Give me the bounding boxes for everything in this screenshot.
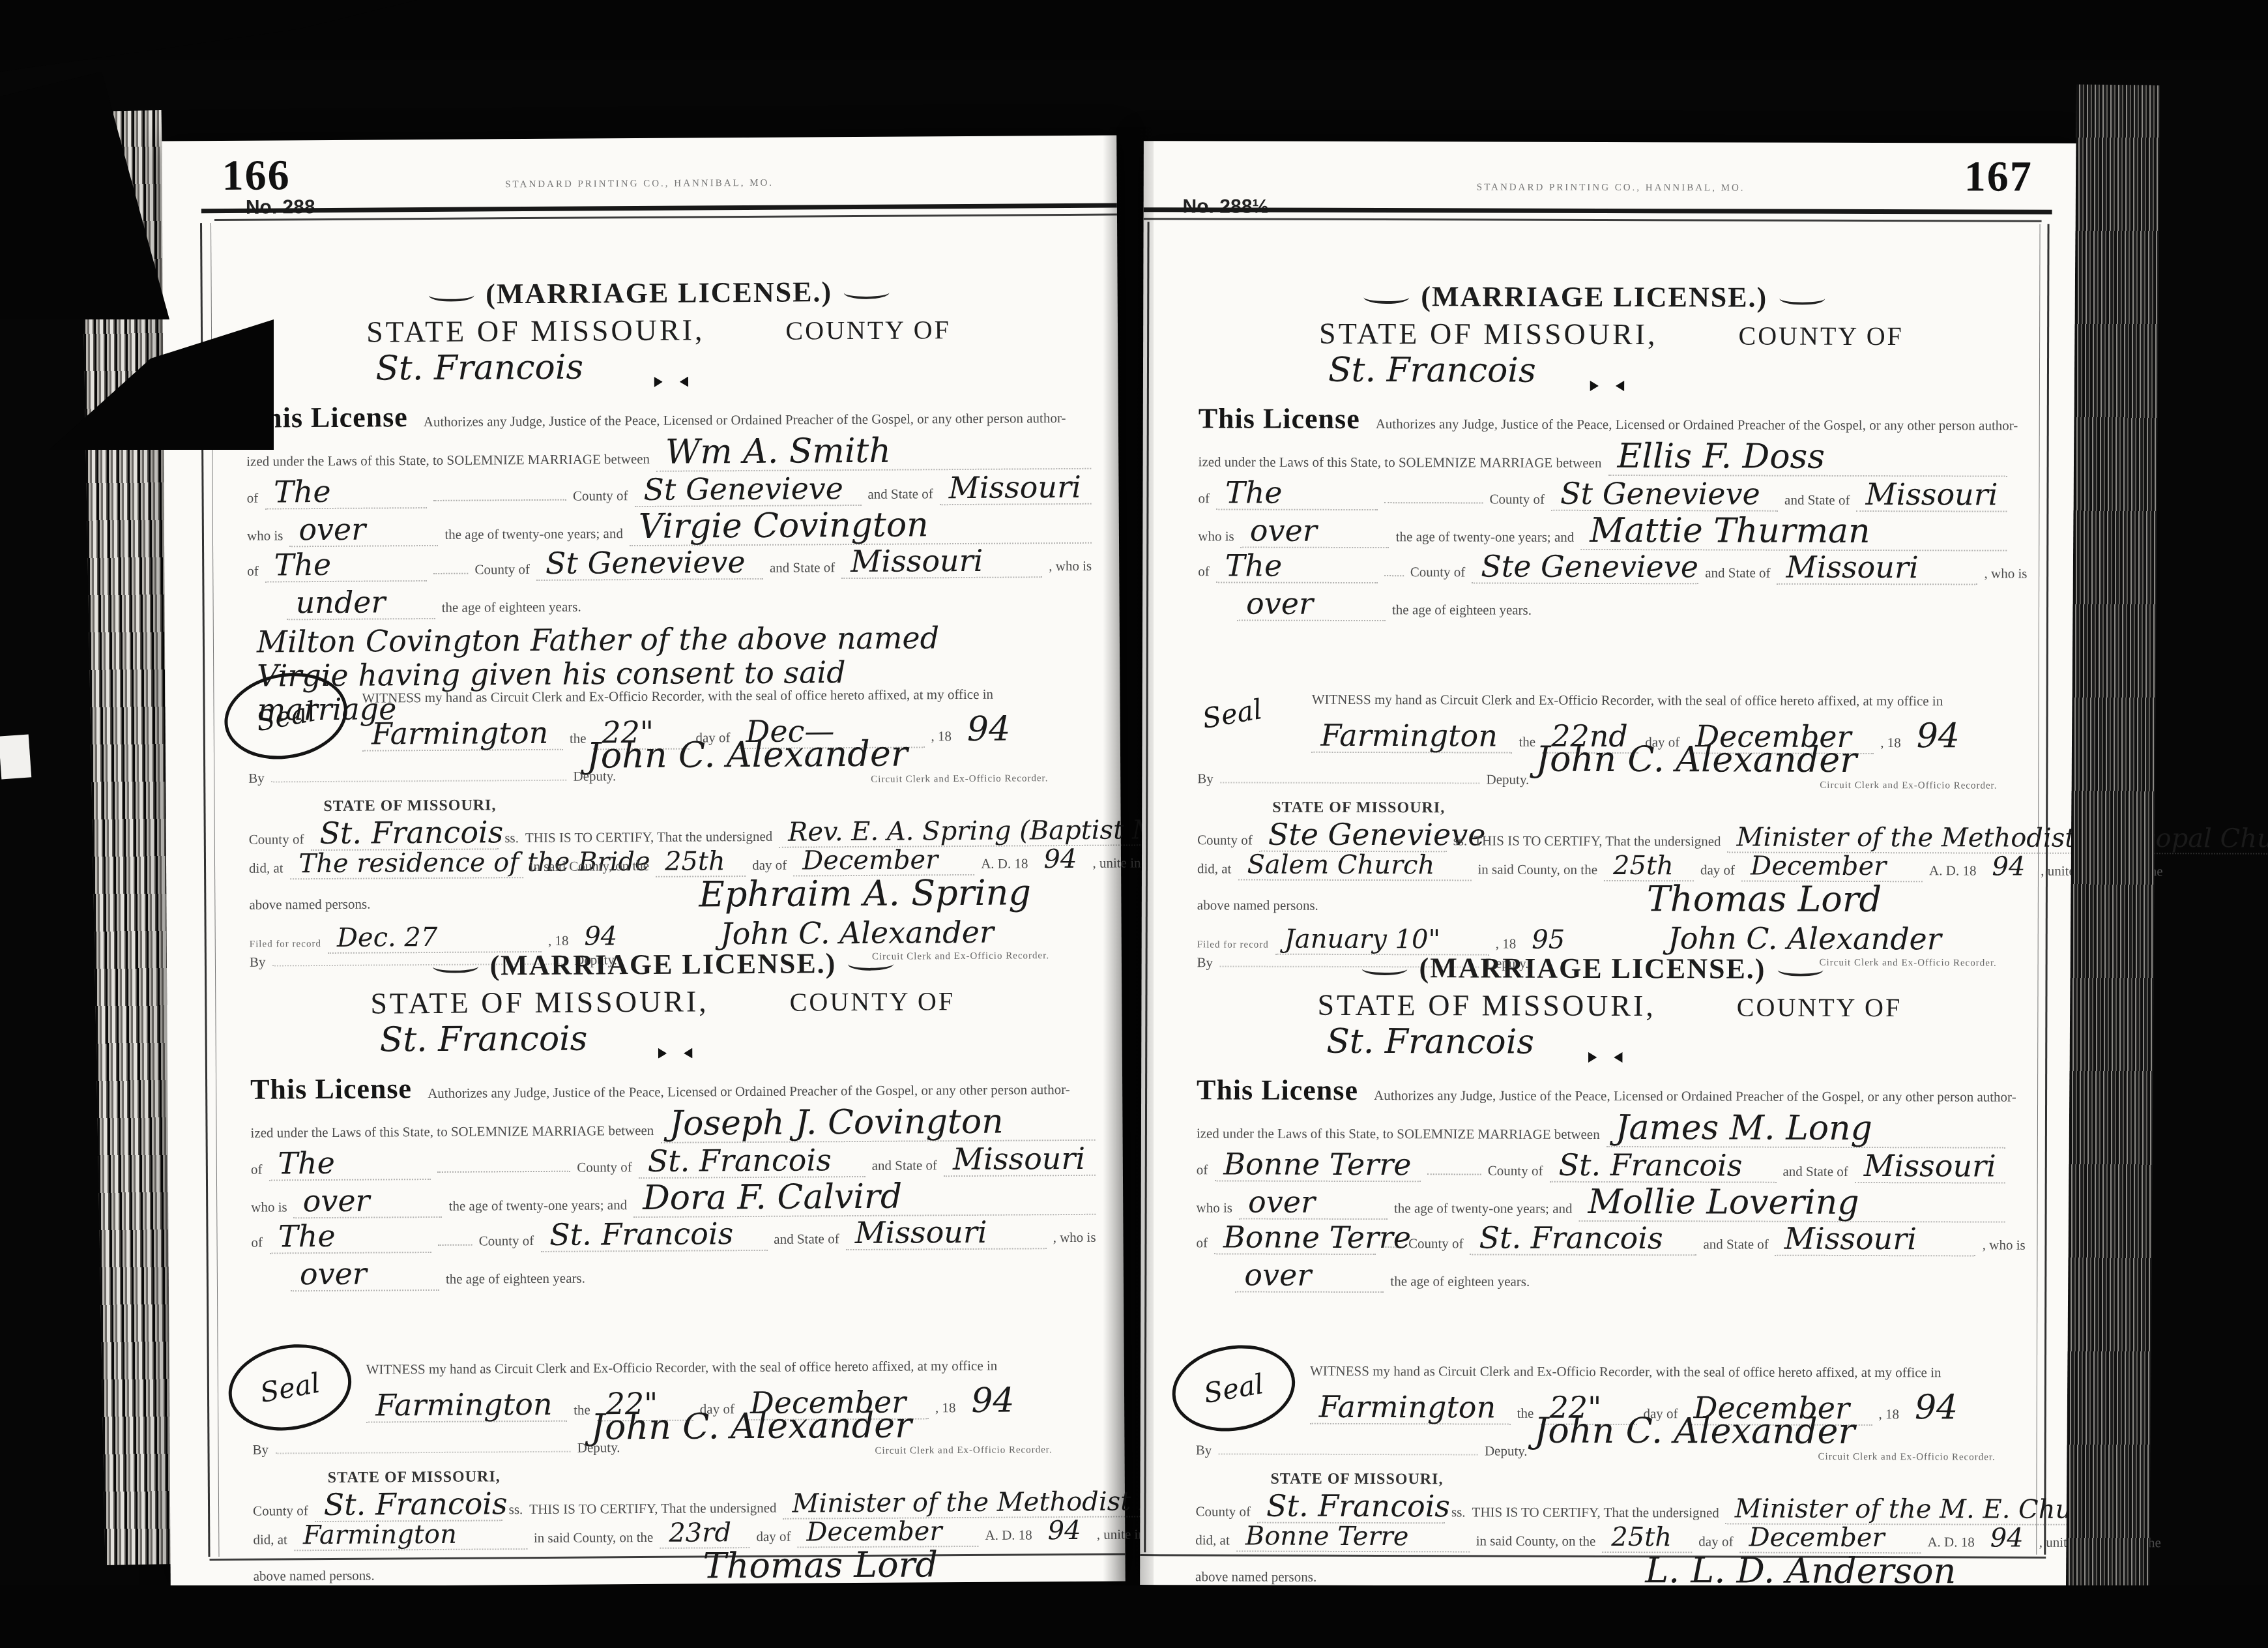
consent-text-2 — [1196, 1332, 1214, 1334]
state-county-line: STATE OF MISSOURI, COUNTY OF St. Francoi… — [366, 310, 1096, 389]
clerk-signature: John C. Alexander — [581, 1407, 921, 1446]
flourish-left — [428, 288, 474, 301]
witness-label: WITNESS my hand as Circuit Clerk and Ex-… — [1312, 693, 1943, 709]
consent-line-2 — [1198, 661, 2007, 664]
certificate-day: 23rd — [660, 1520, 749, 1549]
state-county-line: STATE OF MISSOURI, COUNTY OF St. Francoi… — [1317, 988, 2011, 1063]
top-rule — [201, 203, 1117, 214]
clerk-signature-line: John C. Alexander — [581, 1407, 1097, 1447]
certificate-day: 25th — [1602, 1524, 1692, 1553]
solemnize-line: ized under the Laws of this State, to SO… — [246, 433, 1091, 475]
seal-stamp: Seal — [1165, 1336, 1301, 1441]
bride-residence-line: of Bonne Terre County of St. Francois an… — [1196, 1222, 2005, 1256]
consent-text-2 — [252, 1332, 270, 1334]
clerk-signature: John C. Alexander — [1525, 1413, 1865, 1450]
form-title: (MARRIAGE LICENSE.) — [1161, 950, 2024, 986]
clerk-title-caption: Circuit Clerk and Ex-Officio Recorder. — [1820, 780, 1997, 792]
who-is-label: who is — [247, 529, 283, 542]
certificate-date-line: did, at Farmington in said County, on th… — [253, 1518, 1098, 1552]
groom-county: St. Francois — [1549, 1150, 1776, 1183]
bride-residence-line: of The County of Ste Genevieve and State… — [1198, 550, 2007, 585]
form-title: (MARRIAGE LICENSE.) — [214, 945, 1112, 984]
age-18-label: the age of eighteen years. — [442, 600, 581, 615]
scanned-marriage-record-book: 166 No. 288 STANDARD PRINTING CO., HANNI… — [0, 0, 2268, 1648]
groom-residence-line: of The County of St Genevieve and State … — [1198, 477, 2007, 512]
bride-county: Ste Genevieve — [1472, 551, 1698, 584]
certify-label: THIS IS TO CERTIFY, That the undersigned — [525, 830, 772, 845]
clerk-signature-line: John C. Alexander — [1526, 742, 2006, 780]
above-named-line: above named persons. Thomas Lord — [253, 1546, 1098, 1588]
arrow-right-icon — [1560, 381, 1599, 391]
certificate-county: Ste Genevieve — [1259, 819, 1447, 853]
comma-who-is-label: , who is — [1983, 1239, 2026, 1252]
witness-label: WITNESS my hand as Circuit Clerk and Ex-… — [366, 1359, 998, 1377]
county-handwritten: St. Francois — [1319, 351, 1545, 392]
this-license-label: This License — [1197, 1076, 1358, 1105]
groom-state: Missouri — [940, 472, 1092, 505]
ss-label: ss. — [509, 1503, 523, 1516]
seal-text: Seal — [254, 695, 318, 737]
and-state-of-label: and State of — [1782, 1165, 1848, 1179]
form-title-text: (MARRIAGE LICENSE.) — [489, 947, 836, 981]
certificate-day: 25th — [1604, 853, 1694, 881]
and-state-of-label2: and State of — [1705, 566, 1770, 580]
certificate-year: 94 — [1039, 1518, 1090, 1545]
certificate-county-line: County of St. Francois ss. THIS IS TO CE… — [253, 1485, 1098, 1523]
flourish-left — [432, 960, 478, 973]
certificate-state-line: STATE OF MISSOURI, — [1272, 800, 2006, 817]
and-state-of-label2: and State of — [1704, 1237, 1769, 1251]
above-named-label: above named persons. — [249, 898, 370, 912]
scan-edge-notch — [0, 734, 31, 779]
deputy-label: Deputy. — [1485, 1445, 1528, 1458]
did-at-label: did, at — [253, 1533, 287, 1546]
authorizes-text-1: Authorizes any Judge, Justice of the Pea… — [1376, 417, 2018, 433]
forms-column-right: (MARRIAGE LICENSE.) STATE OF MISSOURI, C… — [1159, 224, 2026, 1587]
who-is-label: who is — [1198, 529, 1234, 543]
authorizes-text-2: ized under the Laws of this State, to SO… — [1199, 455, 1602, 470]
authorizes-text-1: Authorizes any Judge, Justice of the Pea… — [428, 1083, 1070, 1100]
clerk-signature-line: John C. Alexander — [577, 735, 1093, 775]
seal-text: Seal — [257, 1366, 322, 1409]
groom-age-line: who is over the age of twenty-one years;… — [1198, 512, 2007, 551]
by-label: By — [252, 1443, 269, 1457]
ad-18-label: A. D. 18 — [981, 857, 1028, 870]
clerk-title-caption: Circuit Clerk and Ex-Officio Recorder. — [1818, 1452, 1996, 1464]
day-of-label2: day of — [752, 859, 787, 872]
county-handwritten: St. Francois — [370, 1019, 596, 1061]
groom-age-word: over — [1241, 516, 1389, 549]
certificate-state-label: STATE OF MISSOURI, — [1270, 1471, 1443, 1488]
witness-print-line: WITNESS my hand as Circuit Clerk and Ex-… — [1310, 1364, 2005, 1380]
bride-name: Dora F. Calvird — [633, 1179, 1096, 1218]
consent-text-1: Milton Covington Father of the above nam… — [248, 623, 949, 658]
certificate-month: December — [1739, 1525, 1921, 1554]
groom-state: Missouri — [944, 1143, 1096, 1177]
consent-line-1 — [1196, 1299, 2005, 1302]
county-of-small-label2: County of — [479, 1234, 534, 1248]
certificate-county-line: County of St. Francois ss. THIS IS TO CE… — [1195, 1490, 2004, 1525]
and-state-of-label: and State of — [1784, 493, 1850, 507]
groom-name: James M. Long — [1606, 1111, 2005, 1149]
by-deputy-line: By Deputy. — [1196, 1443, 1528, 1458]
witness-place: Farmington — [1310, 1392, 1511, 1425]
of-label2: of — [251, 1236, 263, 1250]
above-named-label: above named persons. — [1195, 1570, 1316, 1583]
county-of-label: COUNTY OF — [785, 315, 951, 346]
by-label: By — [248, 772, 265, 786]
form-title-text: (MARRIAGE LICENSE.) — [1419, 952, 1766, 984]
scan-border-bottom — [0, 1585, 2268, 1648]
who-is-label: who is — [251, 1200, 287, 1214]
who-is-label: who is — [1197, 1201, 1232, 1214]
consent-line-1 — [1198, 627, 2007, 630]
form-title: (MARRIAGE LICENSE.) — [1163, 279, 2026, 314]
license-authorizes-line: This License Authorizes any Judge, Justi… — [246, 399, 1091, 433]
top-rule-r2 — [1144, 218, 2042, 222]
certificate-county-of-label: County of — [1195, 1505, 1251, 1518]
groom-name: Wm A. Smith — [656, 433, 1092, 472]
marriage-license-form: (MARRIAGE LICENSE.) STATE OF MISSOURI, C… — [214, 936, 1117, 1645]
witness-label: WITNESS my hand as Circuit Clerk and Ex-… — [362, 688, 993, 705]
certificate-county-line: County of St. Francois ss. THIS IS TO CE… — [249, 814, 1094, 851]
certificate-date-line: did, at Bonne Terre in said County, on t… — [1195, 1523, 2004, 1553]
arrow-left-icon — [680, 376, 719, 387]
certificate-month: December — [1741, 853, 1923, 883]
bride-residence: Bonne Terre — [1214, 1222, 1376, 1255]
flourish-left — [1362, 962, 1408, 975]
in-said-county-label: in said County, on the — [1477, 862, 1597, 876]
groom-county: St Genevieve — [1551, 478, 1778, 512]
arrow-left-icon — [1616, 381, 1655, 391]
consent-text-1 — [1198, 627, 1216, 628]
groom-age-word: over — [289, 514, 438, 547]
certificate-place: Bonne Terre — [1236, 1523, 1470, 1553]
consent-text-1 — [252, 1299, 270, 1300]
by-label: By — [1196, 1443, 1212, 1457]
certify-label: THIS IS TO CERTIFY, That the undersigned — [1474, 834, 1721, 848]
license-authorizes-line: This License Authorizes any Judge, Justi… — [1197, 1076, 2005, 1106]
officiant-signature: Thomas Lord — [1638, 881, 1891, 919]
age-18-label: the age of eighteen years. — [1392, 603, 1532, 617]
state-county-line: STATE OF MISSOURI, COUNTY OF St. Francoi… — [370, 982, 1100, 1060]
groom-name: Ellis F. Doss — [1608, 439, 2007, 477]
forms-column-left: (MARRIAGE LICENSE.) STATE OF MISSOURI, C… — [209, 219, 1116, 1587]
solemnize-line: ized under the Laws of this State, to SO… — [250, 1104, 1095, 1146]
comma-who-is-label: , who is — [1049, 559, 1092, 573]
flourish-arrows — [624, 376, 719, 387]
above-named-line: above named persons. Ephraim A. Spring — [249, 875, 1094, 917]
of-label2: of — [247, 565, 259, 578]
groom-county: St Genevieve — [634, 473, 861, 507]
county-of-small-label2: County of — [474, 563, 530, 577]
bride-residence-line: of The County of St. Francois and State … — [251, 1216, 1096, 1254]
certificate-year: 94 — [1983, 854, 2034, 881]
bride-county: St. Francois — [1470, 1222, 1697, 1256]
bride-age-word: under — [286, 587, 435, 620]
certify-label: THIS IS TO CERTIFY, That the undersigned — [529, 1501, 776, 1516]
of-label: of — [1197, 1163, 1208, 1177]
license-authorizes-line: This License Authorizes any Judge, Justi… — [250, 1070, 1095, 1104]
certificate-county: St. Francois — [314, 1488, 502, 1522]
above-named-line: above named persons. Thomas Lord — [1197, 880, 2006, 919]
ad-18-label: A. D. 18 — [1929, 864, 1976, 877]
bride-residence: The — [265, 549, 427, 583]
form-title-text: (MARRIAGE LICENSE.) — [1421, 280, 1767, 313]
above-named-label: above named persons. — [1197, 898, 1318, 912]
book-page-167: 167 No. 288½ STANDARD PRINTING CO., HANN… — [1140, 141, 2078, 1587]
by-deputy-line: By Deputy. — [248, 769, 616, 785]
deputy-label: Deputy. — [573, 769, 616, 783]
bride-residence-line: of The County of St Genevieve and State … — [247, 545, 1092, 583]
marriage-license-form: (MARRIAGE LICENSE.) STATE OF MISSOURI, C… — [1159, 941, 2024, 1647]
page-number-left: 166 — [222, 151, 290, 201]
bride-age-line: over the age of eighteen years. — [252, 1254, 1096, 1292]
certificate-state-label: STATE OF MISSOURI, — [328, 1469, 501, 1486]
certificate-day: 25th — [656, 848, 746, 877]
seal-stamp: Seal — [1168, 665, 1297, 762]
consent-text-2 — [1198, 661, 1216, 662]
form-title-text: (MARRIAGE LICENSE.) — [486, 276, 832, 310]
authorizes-text-2: ized under the Laws of this State, to SO… — [1197, 1126, 1600, 1141]
certificate-county: St. Francois — [1257, 1491, 1445, 1524]
state-county-line: STATE OF MISSOURI, COUNTY OF St. Francoi… — [1319, 316, 2013, 392]
bride-name: Mattie Thurman — [1580, 514, 2007, 552]
certificate-county-of-label: County of — [249, 832, 304, 847]
book-gutter-shadow — [1103, 127, 1154, 1587]
in-said-county-label: in said County, on the — [1476, 1534, 1596, 1548]
did-at-label: did, at — [1195, 1533, 1230, 1547]
certificate-state-label: STATE OF MISSOURI, — [1272, 800, 1445, 816]
certificate-officiant: Minister of the M. E. Church — [1726, 1495, 2125, 1525]
certificate-place: The residence of the Bride — [289, 849, 523, 879]
county-of-small-label: County of — [1489, 493, 1545, 507]
marriage-license-form: (MARRIAGE LICENSE.) STATE OF MISSOURI, C… — [209, 265, 1112, 974]
ss-label: ss. — [504, 831, 519, 845]
clerk-signature-line: John C. Alexander — [1525, 1413, 2005, 1451]
officiant-signature: Thomas Lord — [693, 1547, 947, 1585]
consent-text-1 — [1196, 1299, 1214, 1300]
of-label: of — [251, 1163, 263, 1177]
did-at-label: did, at — [1197, 862, 1232, 875]
and-state-of-label: and State of — [867, 487, 933, 501]
certificate-state-line: STATE OF MISSOURI, — [323, 794, 1093, 814]
clerk-title-caption: Circuit Clerk and Ex-Officio Recorder. — [875, 1445, 1052, 1457]
flourish-left — [1363, 291, 1409, 304]
county-of-small-label: County of — [1488, 1164, 1543, 1178]
witness-label: WITNESS my hand as Circuit Clerk and Ex-… — [1310, 1364, 1941, 1380]
and-state-of-label: and State of — [872, 1158, 937, 1173]
arrow-right-icon — [628, 1048, 667, 1059]
groom-residence: The — [269, 1147, 430, 1181]
certificate-county-line: County of Ste Genevieve ss. THIS IS TO C… — [1197, 819, 2006, 853]
printer-imprint-right: STANDARD PRINTING CO., HANNIBAL, MO. — [1144, 181, 2078, 195]
did-at-label: did, at — [249, 861, 283, 875]
witness-print-line: WITNESS my hand as Circuit Clerk and Ex-… — [1312, 693, 2007, 709]
and-state-of-label2: and State of — [774, 1232, 839, 1246]
witness-place: Farmington — [366, 1389, 567, 1423]
age-18-label: the age of eighteen years. — [446, 1272, 585, 1286]
authorizes-text-2: ized under the Laws of this State, to SO… — [246, 452, 650, 469]
age-21-label: the age of twenty-one years; and — [1394, 1201, 1573, 1216]
groom-residence: Bonne Terre — [1214, 1149, 1420, 1182]
flourish-arrows — [1558, 1052, 1653, 1063]
bride-age-line: over the age of eighteen years. — [1196, 1259, 2005, 1294]
age-21-label: the age of twenty-one years; and — [1396, 530, 1575, 544]
certificate-state-line: STATE OF MISSOURI, — [1270, 1471, 2004, 1489]
consent-text-2: Virgie having given his consent to said — [248, 657, 855, 692]
seal-text: Seal — [1201, 1367, 1266, 1409]
deputy-label: Deputy. — [1487, 773, 1530, 787]
witness-place: Farmington — [362, 718, 563, 752]
of-label2: of — [1196, 1236, 1208, 1250]
bride-state: Missouri — [845, 1216, 1046, 1250]
marriage-license-form: (MARRIAGE LICENSE.) STATE OF MISSOURI, C… — [1161, 270, 2026, 976]
ss-label: ss. — [1451, 1505, 1466, 1519]
bride-name: Virgie Covington — [630, 507, 1092, 546]
ad-18-label: A. D. 18 — [985, 1528, 1032, 1542]
deputy-label: Deputy. — [577, 1441, 620, 1454]
groom-county: St. Francois — [639, 1145, 865, 1179]
of-label: of — [247, 492, 259, 505]
clerk-signature: John C. Alexander — [577, 736, 917, 774]
consent-line-2 — [1196, 1332, 2005, 1336]
solemnize-line: ized under the Laws of this State, to SO… — [1197, 1110, 2005, 1148]
top-rule-r — [1144, 207, 2052, 214]
certificate-state-line: STATE OF MISSOURI, — [328, 1465, 1098, 1486]
arrow-right-icon — [624, 377, 663, 387]
bride-state: Missouri — [1777, 552, 1978, 585]
above-named-label: above named persons. — [254, 1569, 375, 1583]
book-fore-edge — [2066, 85, 2160, 1591]
flourish-right — [1777, 964, 1823, 977]
day-of-label2: day of — [1700, 863, 1735, 877]
certificate-state-label: STATE OF MISSOURI, — [323, 797, 496, 814]
comma-who-is-label: , who is — [1984, 567, 2028, 581]
certificate-place: Farmington — [294, 1521, 527, 1551]
printer-imprint-left: STANDARD PRINTING CO., HANNIBAL, MO. — [162, 176, 1117, 193]
seal-text: Seal — [1200, 692, 1264, 734]
bride-state: Missouri — [1775, 1224, 1976, 1257]
authorizes-text-1: Authorizes any Judge, Justice of the Pea… — [424, 411, 1066, 429]
by-deputy-line: By Deputy. — [1197, 772, 1529, 786]
this-license-label: This License — [1199, 404, 1360, 434]
certify-label: THIS IS TO CERTIFY, That the undersigned — [1472, 1505, 1719, 1520]
certificate-year: 94 — [1034, 846, 1086, 874]
age-21-label: the age of twenty-one years; and — [449, 1198, 628, 1213]
certificate-county-of-label: County of — [253, 1504, 308, 1518]
certificate-month: December — [797, 1518, 978, 1548]
certificate-place: Salem Church — [1238, 852, 1471, 881]
book-page-166: 166 No. 288 STANDARD PRINTING CO., HANNI… — [162, 136, 1126, 1587]
consent-line-1: Milton Covington Father of the above nam… — [248, 622, 1092, 658]
state-label: STATE OF MISSOURI, — [366, 313, 705, 348]
groom-age-word: over — [293, 1185, 442, 1218]
above-named-line: above named persons. L. L. D. Anderson — [1195, 1552, 2004, 1590]
flourish-arrows — [1560, 381, 1655, 391]
form-border-right-r — [2044, 224, 2049, 1555]
arrow-left-icon — [1614, 1052, 1653, 1063]
age-18-label: the age of eighteen years. — [1390, 1274, 1530, 1289]
groom-name: Joseph J. Covington — [660, 1104, 1096, 1143]
bride-residence: The — [1216, 550, 1378, 583]
arrow-left-icon — [684, 1048, 723, 1058]
bride-name: Mollie Lovering — [1578, 1185, 2005, 1223]
in-said-county-label: in said County, on the — [534, 1531, 654, 1545]
certificate-date-line: did, at Salem Church in said County, on … — [1197, 851, 2006, 882]
bride-county: St Genevieve — [536, 547, 763, 581]
in-said-county-label: in said County, on the — [529, 859, 649, 874]
comma-who-is-label: , who is — [1053, 1231, 1096, 1244]
county-of-small-label: County of — [573, 489, 628, 503]
license-authorizes-line: This License Authorizes any Judge, Justi… — [1199, 404, 2007, 435]
seal-stamp: Seal — [222, 1334, 358, 1440]
groom-residence-line: of Bonne Terre County of St. Francois an… — [1197, 1149, 2005, 1183]
of-label: of — [1198, 492, 1210, 505]
clerk-signature: John C. Alexander — [1526, 742, 1866, 779]
authorizes-text-2: ized under the Laws of this State, to SO… — [250, 1124, 654, 1140]
consent-line-1 — [252, 1293, 1096, 1300]
state-label: STATE OF MISSOURI, — [1317, 988, 1656, 1022]
witness-place: Farmington — [1311, 720, 1512, 754]
county-of-label: COUNTY OF — [1737, 993, 1902, 1023]
county-of-small-label2: County of — [1408, 1237, 1464, 1250]
ss-label: ss. — [1453, 834, 1468, 847]
form-border-right-r-inner — [2036, 224, 2040, 1555]
county-of-small-label2: County of — [1410, 565, 1466, 579]
groom-state: Missouri — [1856, 479, 2007, 512]
state-label: STATE OF MISSOURI, — [1319, 317, 1658, 351]
witness-print-line: WITNESS my hand as Circuit Clerk and Ex-… — [366, 1359, 1097, 1377]
state-label: STATE OF MISSOURI, — [370, 984, 709, 1020]
this-license-label: This License — [250, 1074, 412, 1104]
and-state-of-label2: and State of — [770, 561, 835, 575]
day-of-label2: day of — [756, 1530, 791, 1544]
bride-age-line: under the age of eighteen years. — [247, 583, 1092, 621]
certificate-year: 94 — [1981, 1525, 2033, 1552]
county-of-label: COUNTY OF — [1739, 321, 1904, 351]
officiant-signature: Ephraim A. Spring — [690, 875, 1040, 913]
form-title: (MARRIAGE LICENSE.) — [210, 274, 1109, 312]
arrow-right-icon — [1558, 1052, 1597, 1063]
county-of-small-label: County of — [577, 1160, 632, 1175]
bride-age-word: over — [1237, 589, 1386, 622]
flourish-right — [1779, 292, 1825, 305]
of-label2: of — [1198, 565, 1210, 578]
groom-residence-line: of The County of St. Francois and State … — [251, 1143, 1096, 1181]
bride-state: Missouri — [841, 545, 1042, 579]
bride-residence: The — [269, 1220, 431, 1254]
county-handwritten: St. Francois — [366, 347, 592, 389]
officiant-signature: L. L. D. Anderson — [1636, 1553, 1965, 1590]
groom-residence-line: of The County of St Genevieve and State … — [246, 472, 1091, 510]
bride-age-word: over — [291, 1258, 439, 1291]
bride-county: St. Francois — [540, 1218, 767, 1252]
county-of-label: COUNTY OF — [790, 986, 955, 1017]
solemnize-line: ized under the Laws of this State, to SO… — [1199, 438, 2007, 477]
bride-age-line: over the age of eighteen years. — [1198, 588, 2007, 623]
groom-age-line: who is over the age of twenty-one years;… — [1197, 1184, 2005, 1222]
bride-age-word: over — [1235, 1260, 1384, 1293]
by-label: By — [1197, 772, 1214, 786]
groom-state: Missouri — [1855, 1151, 2005, 1184]
flourish-arrows — [628, 1048, 723, 1059]
groom-residence: The — [265, 476, 426, 510]
certificate-county-of-label: County of — [1197, 833, 1253, 847]
clerk-title-caption: Circuit Clerk and Ex-Officio Recorder. — [871, 773, 1048, 786]
certificate-county: St. Francois — [310, 817, 498, 851]
county-handwritten: St. Francois — [1317, 1022, 1543, 1063]
